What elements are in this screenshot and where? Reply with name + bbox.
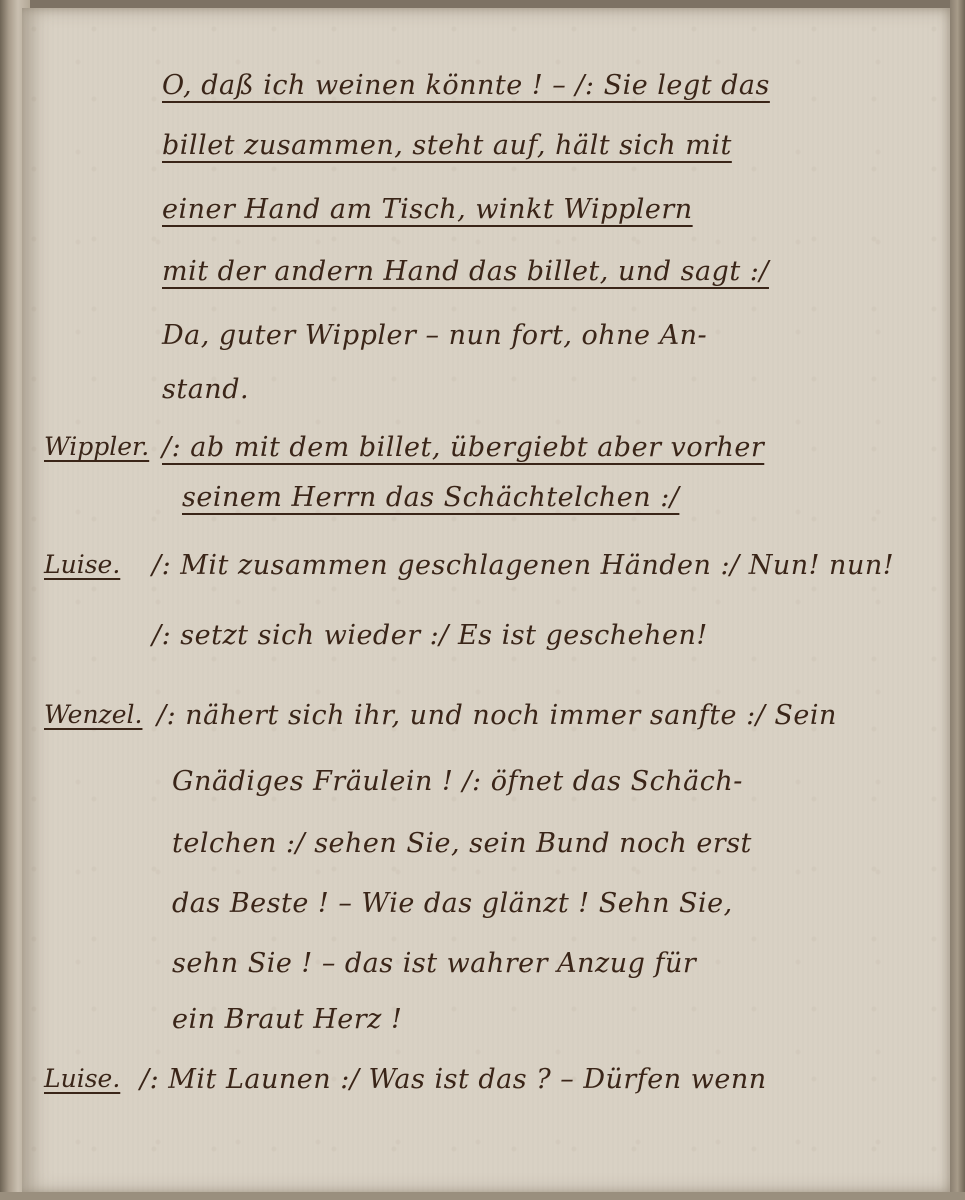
speaker-name: Luise.: [44, 550, 120, 579]
text-line: ein Braut Herz !: [172, 1004, 402, 1035]
text-line: einer Hand am Tisch, winkt Wipplern: [162, 194, 693, 225]
text-line: O, daß ich weinen könnte ! – /: Sie legt…: [162, 70, 770, 101]
text-line: /: nähert sich ihr, und noch immer sanft…: [157, 700, 837, 731]
text-line: stand.: [162, 374, 249, 405]
text-line: /: setzt sich wieder :/ Es ist geschehen…: [152, 620, 708, 651]
text-line: das Beste ! – Wie das glänzt ! Sehn Sie,: [172, 888, 733, 919]
manuscript-page: O, daß ich weinen könnte ! – /: Sie legt…: [22, 8, 950, 1193]
text-line: Da, guter Wippler – nun fort, ohne An-: [162, 320, 707, 351]
text-line: mit der andern Hand das billet, und sagt…: [162, 256, 769, 287]
page-edge-bottom: [0, 1192, 965, 1200]
text-line: telchen :/ sehen Sie, sein Bund noch ers…: [172, 828, 752, 859]
speaker-name: Wenzel.: [44, 700, 142, 729]
text-line: /: Mit Launen :/ Was ist das ? – Dürfen …: [140, 1064, 767, 1095]
text-line: sehn Sie ! – das ist wahrer Anzug für: [172, 948, 696, 979]
speaker-name: Luise.: [44, 1064, 120, 1093]
speaker-name: Wippler.: [44, 432, 149, 461]
text-line: /: Mit zusammen geschlagenen Händen :/ N…: [152, 550, 894, 581]
text-line: seinem Herrn das Schächtelchen :/: [182, 482, 679, 513]
page-edge: [950, 0, 965, 1200]
text-line: /: ab mit dem billet, übergiebt aber vor…: [162, 432, 764, 463]
text-line: billet zusammen, steht auf, hält sich mi…: [162, 130, 732, 161]
text-line: Gnädiges Fräulein ! /: öfnet das Schäch-: [172, 766, 743, 797]
